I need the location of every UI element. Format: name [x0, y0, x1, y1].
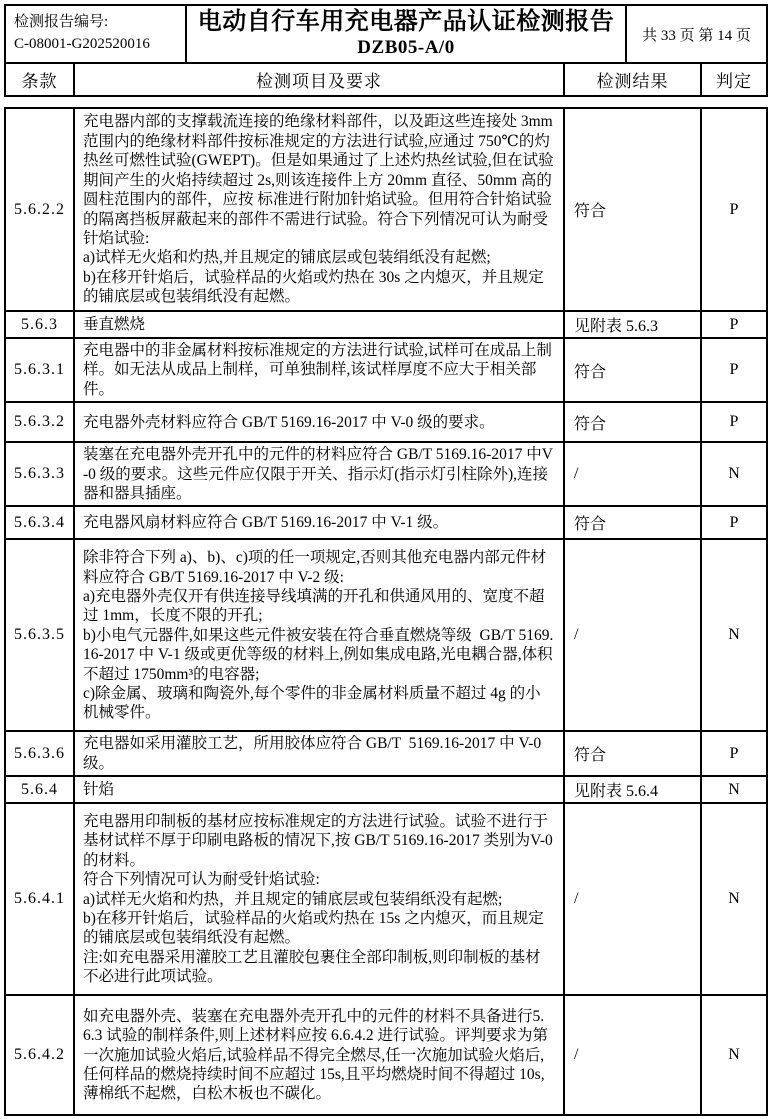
item-text: 充电器风扇材料应符合 GB/T 5169.16-2017 中 V-1 级。 [74, 506, 564, 539]
result-text: 见附表 5.6.4 [564, 776, 701, 803]
item-text: 充电器用印制板的基材应按标准规定的方法进行试验。试验不进行于基材试样不厚于印刷电… [74, 803, 564, 995]
verdict-text: N [701, 803, 767, 995]
clause-number: 5.6.4 [5, 776, 74, 803]
verdict-text: N [701, 539, 767, 731]
clause-number: 5.6.3.4 [5, 506, 74, 539]
result-text: / [564, 442, 701, 506]
header-title-table: 检测报告编号: C-08001-G202520016 电动自行车用充电器产品认证… [4, 4, 768, 64]
column-header-clause: 条款 [5, 63, 74, 96]
clause-number: 5.6.3.5 [5, 539, 74, 731]
result-text: / [564, 803, 701, 995]
item-text: 如充电器外壳、装塞在充电器外壳开孔中的元件的材料不具备进行5.6.3 试验的制样… [74, 995, 564, 1115]
report-number-value: C-08001-G202520016 [14, 34, 179, 56]
report-number-label: 检测报告编号: [14, 12, 179, 34]
table-row: 5.6.3.5 除非符合下列 a)、b)、c)项的任一项规定,否则其他充电器内部… [5, 539, 767, 731]
result-text: 符合 [564, 108, 701, 311]
test-items-table: 5.6.2.2 充电器内部的支撑载流连接的绝缘材料部件，以及距这些连接处 3mm… [4, 107, 768, 1116]
report-page: 检测报告编号: C-08001-G202520016 电动自行车用充电器产品认证… [4, 4, 766, 1116]
clause-number: 5.6.3 [5, 311, 74, 338]
table-row: 5.6.3 垂直燃烧 见附表 5.6.3 P [5, 311, 767, 338]
document-code: DZB05-A/0 [187, 37, 625, 59]
column-header-verdict: 判定 [701, 63, 767, 96]
verdict-text: P [701, 338, 767, 402]
result-text: 符合 [564, 338, 701, 402]
verdict-text: P [701, 108, 767, 311]
clause-number: 5.6.3.6 [5, 731, 74, 776]
result-text: / [564, 995, 701, 1115]
clause-number: 5.6.3.1 [5, 338, 74, 402]
result-text: 符合 [564, 731, 701, 776]
result-text: 见附表 5.6.3 [564, 311, 701, 338]
table-row: 5.6.3.6 充电器如采用灌胶工艺，所用胶体应符合 GB/T 5169.16-… [5, 731, 767, 776]
document-title-cell: 电动自行车用充电器产品认证检测报告 DZB05-A/0 [186, 5, 626, 63]
clause-number: 5.6.2.2 [5, 108, 74, 311]
verdict-text: P [701, 402, 767, 442]
clause-number: 5.6.4.1 [5, 803, 74, 995]
document-title: 电动自行车用充电器产品认证检测报告 [187, 9, 625, 37]
table-row: 5.6.3.3 装塞在充电器外壳开孔中的元件的材料应符合 GB/T 5169.1… [5, 442, 767, 506]
verdict-text: N [701, 776, 767, 803]
item-text: 充电器中的非金属材料按标准规定的方法进行试验,试样可在成品上制样。如无法从成品上… [74, 338, 564, 402]
table-row: 5.6.4.2 如充电器外壳、装塞在充电器外壳开孔中的元件的材料不具备进行5.6… [5, 995, 767, 1115]
item-text: 充电器如采用灌胶工艺，所用胶体应符合 GB/T 5169.16-2017 中 V… [74, 731, 564, 776]
column-header-result: 检测结果 [564, 63, 701, 96]
page-info: 共 33 页 第 14 页 [626, 5, 767, 63]
table-row: 5.6.4 针焰 见附表 5.6.4 N [5, 776, 767, 803]
verdict-text: P [701, 506, 767, 539]
result-text: 符合 [564, 402, 701, 442]
verdict-text: P [701, 311, 767, 338]
table-row: 5.6.4.1 充电器用印制板的基材应按标准规定的方法进行试验。试验不进行于基材… [5, 803, 767, 995]
clause-number: 5.6.3.2 [5, 402, 74, 442]
column-header-table: 条款 检测项目及要求 检测结果 判定 [4, 62, 768, 97]
table-row: 5.6.2.2 充电器内部的支撑载流连接的绝缘材料部件，以及距这些连接处 3mm… [5, 108, 767, 311]
table-row: 5.6.3.2 充电器外壳材料应符合 GB/T 5169.16-2017 中 V… [5, 402, 767, 442]
item-text: 针焰 [74, 776, 564, 803]
result-text: / [564, 539, 701, 731]
report-number-cell: 检测报告编号: C-08001-G202520016 [5, 5, 186, 63]
column-header-item: 检测项目及要求 [74, 63, 564, 96]
item-text: 装塞在充电器外壳开孔中的元件的材料应符合 GB/T 5169.16-2017 中… [74, 442, 564, 506]
clause-number: 5.6.3.3 [5, 442, 74, 506]
verdict-text: N [701, 995, 767, 1115]
item-text: 充电器内部的支撑载流连接的绝缘材料部件，以及距这些连接处 3mm范围内的绝缘材料… [74, 108, 564, 311]
item-text: 除非符合下列 a)、b)、c)项的任一项规定,否则其他充电器内部元件材料应符合 … [74, 539, 564, 731]
clause-number: 5.6.4.2 [5, 995, 74, 1115]
table-row: 5.6.3.4 充电器风扇材料应符合 GB/T 5169.16-2017 中 V… [5, 506, 767, 539]
header-title-row: 检测报告编号: C-08001-G202520016 电动自行车用充电器产品认证… [5, 5, 767, 63]
verdict-text: N [701, 442, 767, 506]
column-header-row: 条款 检测项目及要求 检测结果 判定 [5, 63, 767, 96]
table-row: 5.6.3.1 充电器中的非金属材料按标准规定的方法进行试验,试样可在成品上制样… [5, 338, 767, 402]
result-text: 符合 [564, 506, 701, 539]
item-text: 充电器外壳材料应符合 GB/T 5169.16-2017 中 V-0 级的要求。 [74, 402, 564, 442]
verdict-text: P [701, 731, 767, 776]
item-text: 垂直燃烧 [74, 311, 564, 338]
